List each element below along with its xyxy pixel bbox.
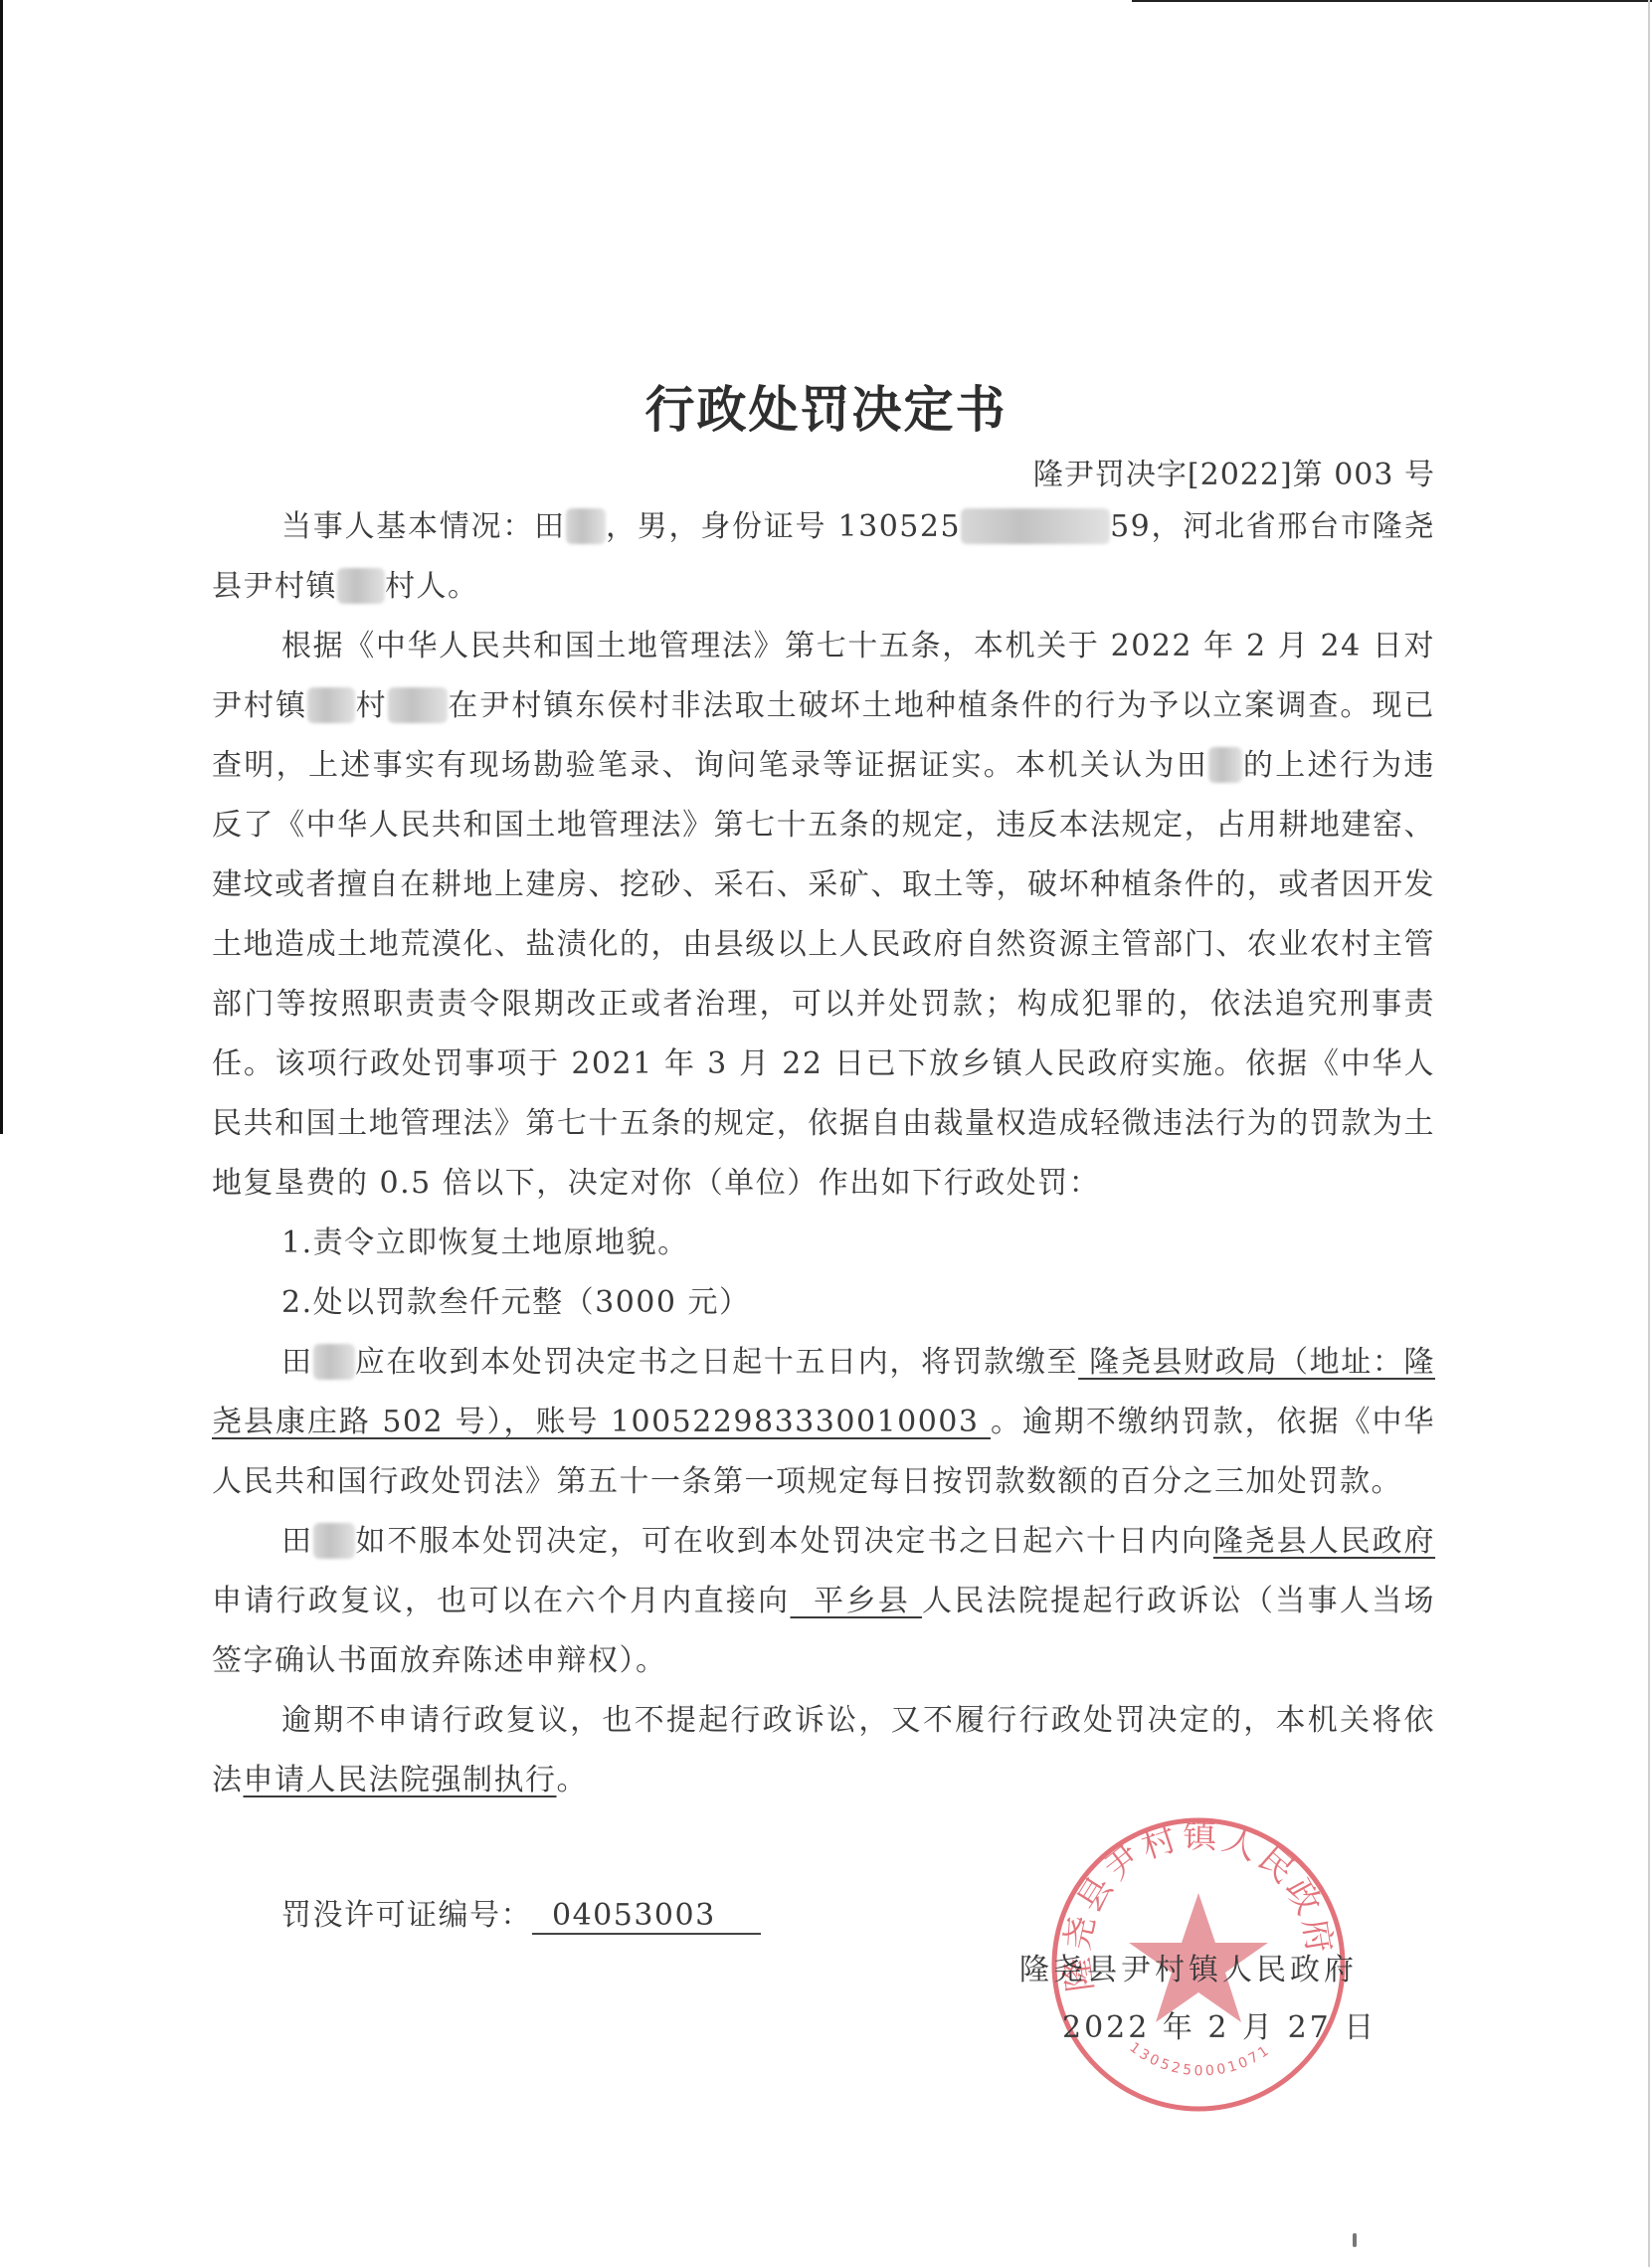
document-body: 当事人基本情况：田，男，身份证号 13052559，河北省邢台市隆尧县尹村镇村人… <box>212 497 1435 1810</box>
permit-label: 罚没许可证编号： <box>281 1898 532 1933</box>
party-info: 当事人基本情况：田，男，身份证号 13052559，河北省邢台市隆尧县尹村镇村人… <box>212 497 1435 617</box>
redacted-id-number <box>961 508 1110 544</box>
document-title: 行政处罚决定书 <box>0 370 1652 442</box>
payment-paragraph: 田应在收到本处罚决定书之日起十五日内，将罚款缴至 隆尧县财政局（地址：隆尧县康庄… <box>212 1333 1435 1512</box>
court-county: 平乡县 <box>791 1584 922 1618</box>
scan-edge-top <box>1132 0 1652 2</box>
scan-edge-right <box>1648 0 1650 2267</box>
redacted-name <box>388 687 448 723</box>
redacted-name <box>566 508 606 544</box>
permit-value: 04053003 <box>532 1899 761 1935</box>
appeal-paragraph: 田如不服本处罚决定，可在收到本处罚决定书之日起六十日内向隆尧县人民政府申请行政复… <box>212 1512 1435 1691</box>
issue-date: 2022 年 2 月 27 日 <box>1062 2002 1377 2046</box>
redacted-village <box>337 568 385 604</box>
penalty-item-2: 2.处以罚款叁仟元整（3000 元） <box>212 1273 1435 1333</box>
document-number: 隆尹罚决字[2022]第 003 号 <box>1033 450 1435 493</box>
permit-number: 罚没许可证编号：04053003 <box>281 1890 761 1935</box>
redacted-name <box>313 1344 355 1380</box>
issuing-authority: 隆尧县尹村镇人民政府 <box>1019 1945 1358 1988</box>
redacted-name <box>313 1523 355 1559</box>
redacted-village <box>307 687 355 723</box>
enforcement-action: 申请人民法院强制执行 <box>244 1763 557 1797</box>
scan-speck <box>1353 2233 1357 2247</box>
enforcement-paragraph: 逾期不申请行政复议，也不提起行政诉讼，又不履行行政处罚决定的，本机关将依法申请人… <box>212 1691 1435 1810</box>
redacted-name <box>1208 747 1242 783</box>
review-body: 隆尧县人民政府 <box>1213 1524 1435 1559</box>
penalty-item-1: 1.责令立即恢复土地原地貌。 <box>212 1214 1435 1273</box>
scan-edge-left <box>0 0 3 1134</box>
facts-paragraph: 根据《中华人民共和国土地管理法》第七十五条，本机关于 2022 年 2 月 24… <box>212 617 1435 1214</box>
